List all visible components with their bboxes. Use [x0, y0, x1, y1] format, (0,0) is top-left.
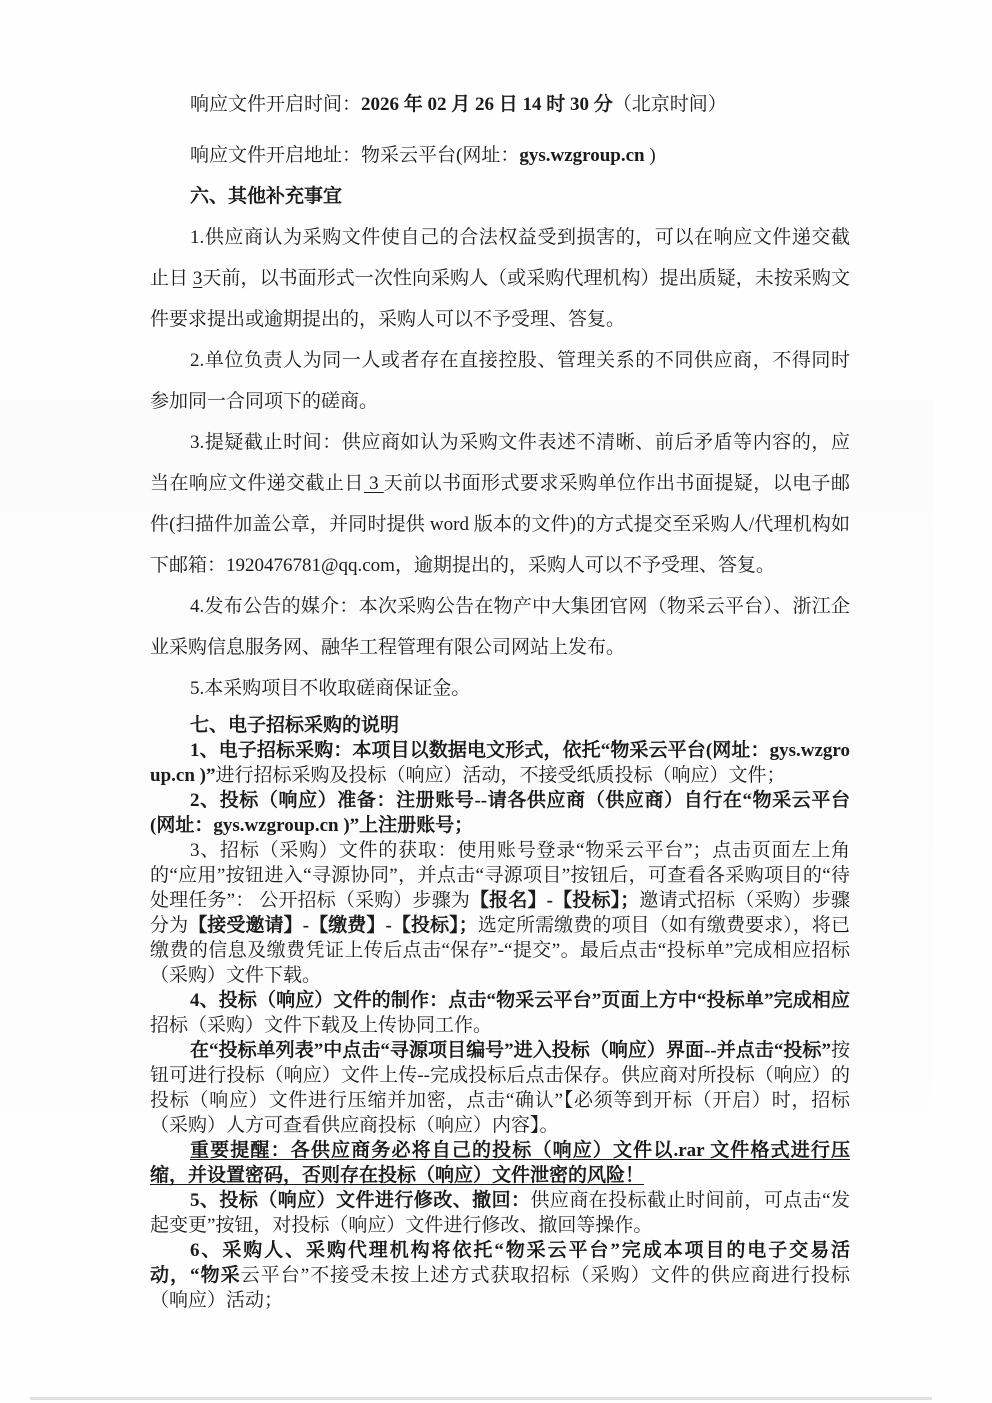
clause-6-3: 3.提疑截止时间：供应商如认为采购文件表述不清晰、前后矛盾等内容的，应当在响应文… [150, 422, 850, 586]
response-open-time: 响应文件开启时间：2026 年 02 月 26 日 14 时 30 分（北京时间… [150, 84, 850, 125]
text-run: 重要提醒：各供应商务必将自己的投标（响应）文件以.rar 文件格式进行压缩，并设… [150, 1140, 850, 1186]
text-run: 2026 年 02 月 26 日 14 时 30 分 [361, 94, 613, 115]
clause-6-2: 2.单位负责人为同一人或者存在直接控股、管理关系的不同供应商，不得同时参加同一合… [150, 340, 850, 422]
document-page: 响应文件开启时间：2026 年 02 月 26 日 14 时 30 分（北京时间… [0, 0, 992, 1403]
text-run: 云平台”不接受未按上述方式获取招标（采购）文件的供应商进行投标（响应）活动； [150, 1265, 850, 1311]
clause-7-6: 6、采购人、采购代理机构将依托“物采云平台”完成本项目的电子交易活动，“物采云平… [150, 1238, 850, 1313]
text-run: 七、电子招标采购的说明 [190, 715, 399, 736]
text-run: 4、投标（响应）文件的制作：点击“物采云平台”页面上方中“投标单”完成相应 [190, 990, 850, 1011]
clause-6-4: 4.发布公告的媒介：本次采购公告在物产中大集团官网（物采云平台）、浙江企业采购信… [150, 586, 850, 668]
clause-7-1: 1、电子招标采购：本项目以数据电文形式，依托“物采云平台(网址：gys.wzgr… [150, 738, 850, 788]
text-run: 天前，以书面形式一次性向采购人（或采购代理机构）提出质疑，未按采购文件要求提出或… [150, 268, 850, 330]
clause-7-4-note: 在“投标单列表”中点击“寻源项目编号”进入投标（响应）界面--并点击“投标”按钮… [150, 1038, 850, 1138]
text-run: 进行招标采购及投标（响应）活动，不接受纸质投标（响应）文件； [215, 765, 785, 786]
text-run: 响应文件开启地址：物采云平台(网址： [190, 145, 519, 166]
text-run: 在“投标单列表”中点击“寻源项目编号”进入投标（响应）界面--并点击“投标” [190, 1040, 831, 1061]
clause-6-1: 1.供应商认为采购文件使自己的合法权益受到损害的，可以在响应文件递交截止日 3天… [150, 217, 850, 340]
text-run: 响应文件开启时间： [190, 94, 361, 115]
text-run: 3 [193, 268, 203, 289]
text-run: 4.发布公告的媒介：本次采购公告在物产中大集团官网（物采云平台）、浙江企业采购信… [150, 596, 850, 658]
text-run: 六、其他补充事宜 [190, 186, 342, 207]
text-run: 【报名】-【投标】； [470, 890, 639, 911]
text-run: 招标（采购）文件下载及上传协同工作。 [150, 1015, 492, 1036]
text-run: （北京时间） [613, 94, 727, 115]
text-run: gys.wzgroup.cn [519, 145, 644, 166]
text-run: 5、投标（响应）文件进行修改、撤回： [190, 1190, 530, 1211]
document-content: 响应文件开启时间：2026 年 02 月 26 日 14 时 30 分（北京时间… [150, 84, 850, 1313]
text-run: ) [645, 145, 656, 166]
clause-6-5: 5.本采购项目不收取磋商保证金。 [150, 668, 850, 709]
text-run: 【接受邀请】-【缴费】-【投标】； [188, 915, 478, 936]
important-reminder: 重要提醒：各供应商务必将自己的投标（响应）文件以.rar 文件格式进行压缩，并设… [150, 1138, 850, 1188]
clause-7-5: 5、投标（响应）文件进行修改、撤回：供应商在投标截止时间前，可点击“发起变更”按… [150, 1188, 850, 1238]
scan-edge-artifact [30, 1397, 932, 1400]
clause-7-4: 4、投标（响应）文件的制作：点击“物采云平台”页面上方中“投标单”完成相应招标（… [150, 988, 850, 1038]
text-run: 3 [364, 473, 384, 494]
section-6-heading: 六、其他补充事宜 [150, 176, 850, 217]
text-run: 2.单位负责人为同一人或者存在直接控股、管理关系的不同供应商，不得同时参加同一合… [150, 350, 850, 412]
section-7-heading: 七、电子招标采购的说明 [150, 713, 850, 738]
text-run: 2、投标（响应）准备：注册账号--请各供应商（供应商）自行在“物采云平台(网址：… [150, 790, 850, 836]
clause-7-2: 2、投标（响应）准备：注册账号--请各供应商（供应商）自行在“物采云平台(网址：… [150, 788, 850, 838]
response-open-address: 响应文件开启地址：物采云平台(网址：gys.wzgroup.cn ) [150, 135, 850, 176]
text-run: 5.本采购项目不收取磋商保证金。 [190, 678, 470, 699]
clause-7-3: 3、招标（采购）文件的获取：使用账号登录“物采云平台”；点击页面左上角的“应用”… [150, 838, 850, 988]
